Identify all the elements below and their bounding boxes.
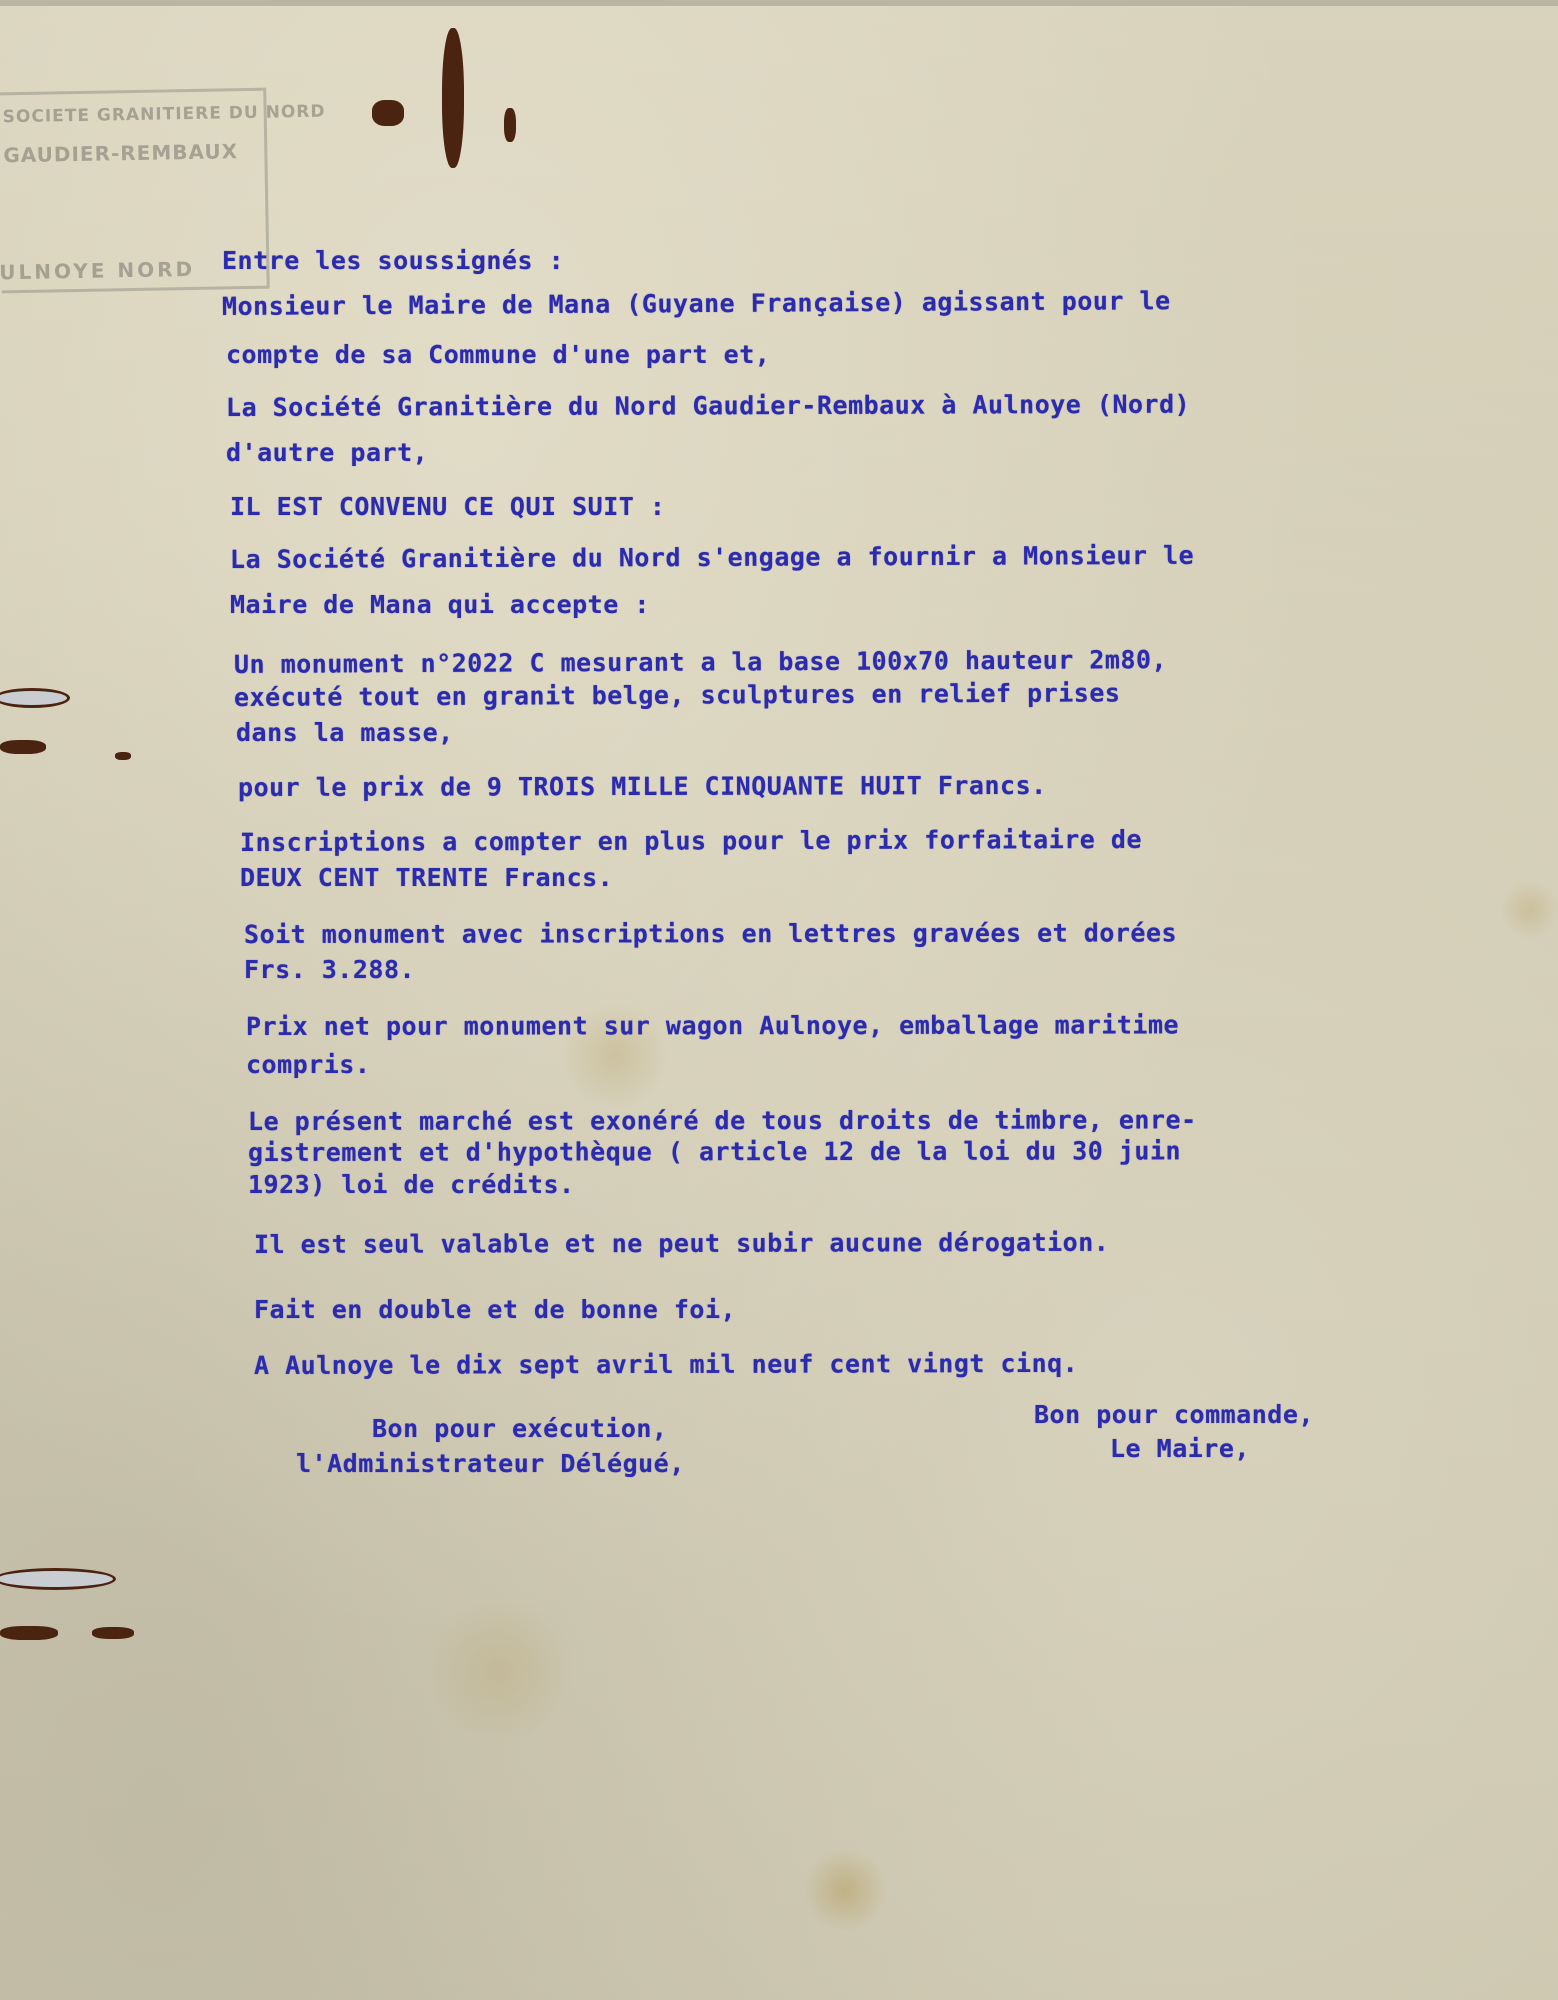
date-line: A Aulnoye le dix sept avril mil neuf cen… (254, 1349, 1078, 1380)
inscriptions-line-1: Inscriptions a compter en plus pour le p… (240, 825, 1142, 857)
total-line-2: Frs. 3.288. (244, 955, 415, 984)
agreement-heading: IL EST CONVENU CE QUI SUIT : (230, 492, 665, 521)
monument-line-1: Un monument n°2022 C mesurant a la base … (234, 645, 1167, 679)
net-price-line-2: compris. (246, 1050, 370, 1079)
party-one-line-2: compte de sa Commune d'une part et, (226, 340, 770, 369)
monument-line-2: exécuté tout en granit belge, sculptures… (234, 678, 1121, 712)
inscriptions-line-2: DEUX CENT TRENTE Francs. (240, 863, 613, 892)
good-faith-line: Fait en double et de bonne foi, (254, 1295, 736, 1324)
typed-contract: Entre les soussignés : Monsieur le Maire… (0, 0, 1558, 2000)
exemption-line-3: 1923) loi de crédits. (248, 1170, 575, 1199)
monument-line-3: dans la masse, (236, 718, 454, 747)
exemption-line-1: Le présent marché est exonéré de tous dr… (248, 1105, 1197, 1136)
engagement-line-1: La Société Granitière du Nord s'engage a… (230, 541, 1194, 574)
signature-right-line-2: Le Maire, (1110, 1434, 1250, 1463)
signature-left-line-2: l'Administrateur Délégué, (296, 1449, 685, 1478)
total-line-1: Soit monument avec inscriptions en lettr… (244, 918, 1177, 949)
net-price-line-1: Prix net pour monument sur wagon Aulnoye… (246, 1010, 1179, 1041)
validity-line: Il est seul valable et ne peut subir auc… (254, 1228, 1109, 1259)
salutation-line: Entre les soussignés : (222, 246, 564, 275)
engagement-line-2: Maire de Mana qui accepte : (230, 590, 650, 619)
exemption-line-2: gistrement et d'hypothèque ( article 12 … (248, 1136, 1181, 1167)
party-two-line-2: d'autre part, (226, 438, 428, 467)
signature-right-line-1: Bon pour commande, (1034, 1400, 1314, 1429)
party-two-line-1: La Société Granitière du Nord Gaudier-Re… (226, 390, 1190, 422)
party-one-line-1: Monsieur le Maire de Mana (Guyane França… (222, 286, 1171, 321)
signature-left-line-1: Bon pour exécution, (372, 1414, 667, 1443)
price-line: pour le prix de 9 TROIS MILLE CINQUANTE … (238, 771, 1047, 802)
